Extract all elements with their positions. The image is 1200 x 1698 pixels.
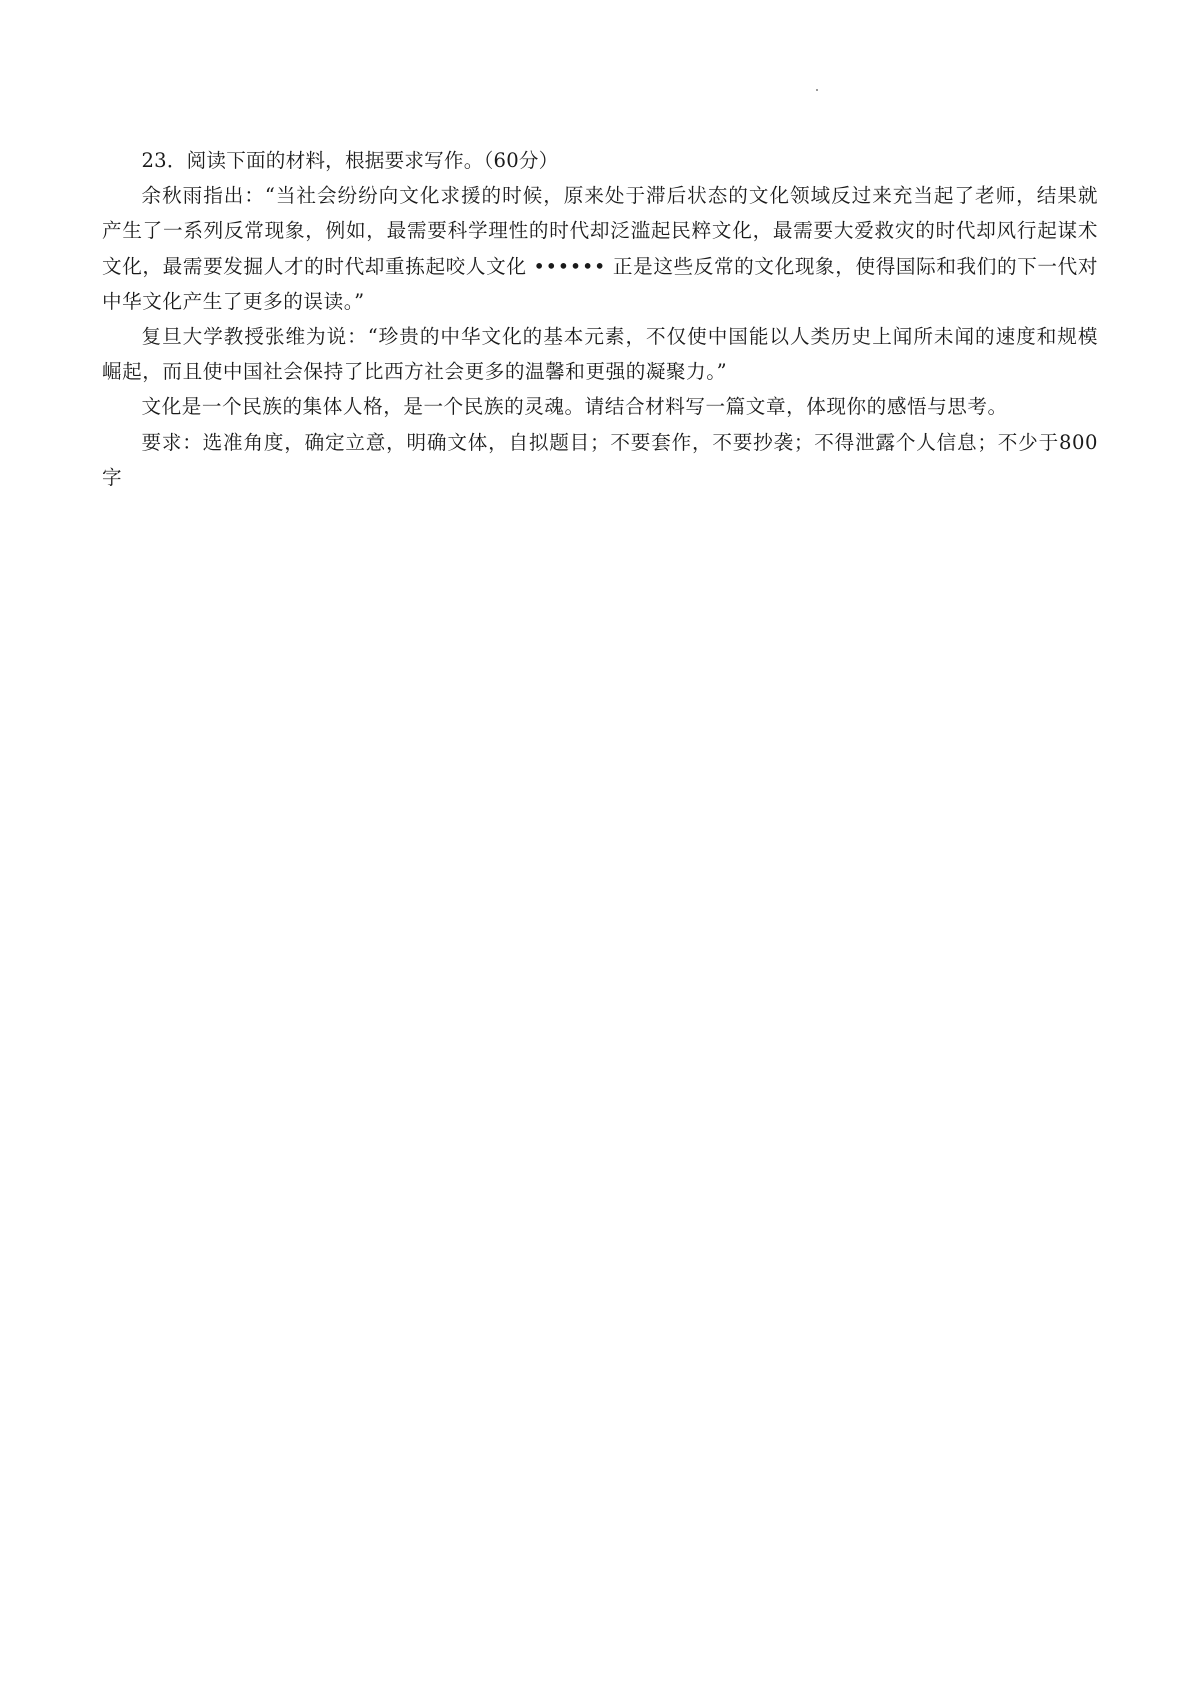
essay-question: 23．阅读下面的材料，根据要求写作。（60分） 余秋雨指出：“当社会纷纷向文化求… (102, 143, 1098, 495)
scan-speck (816, 89, 818, 91)
material-zhang-weiwei-quote: 复旦大学教授张维为说：“珍贵的中华文化的基本元素，不仅使中国能以人类历史上闻所未… (102, 319, 1098, 389)
question-heading: 23．阅读下面的材料，根据要求写作。（60分） (102, 143, 1098, 178)
writing-prompt: 文化是一个民族的集体人格，是一个民族的灵魂。请结合材料写一篇文章，体现你的感悟与… (102, 389, 1098, 424)
writing-requirements: 要求：选准角度，确定立意，明确文体，自拟题目；不要套作，不要抄袭；不得泄露个人信… (102, 425, 1098, 495)
material-yu-qiuyu-quote: 余秋雨指出：“当社会纷纷向文化求援的时候，原来处于滞后状态的文化领域反过来充当起… (102, 178, 1098, 319)
document-page: 23．阅读下面的材料，根据要求写作。（60分） 余秋雨指出：“当社会纷纷向文化求… (0, 0, 1200, 1698)
